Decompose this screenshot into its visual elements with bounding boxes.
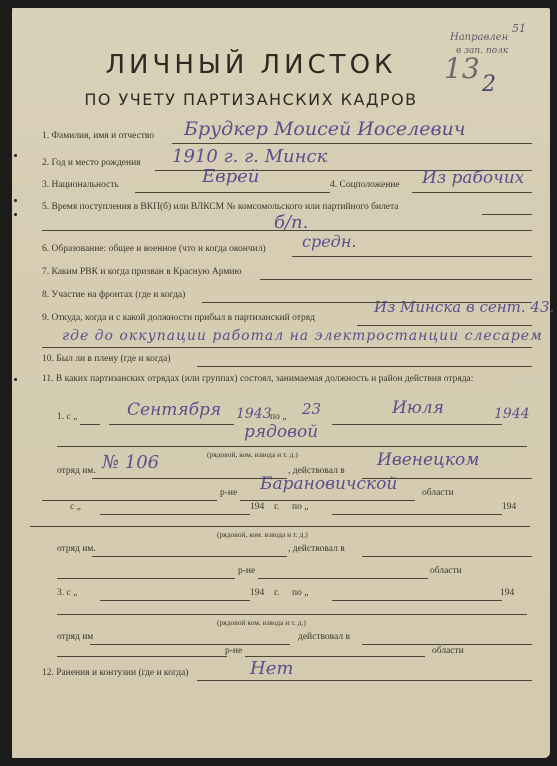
field-4-line bbox=[412, 192, 532, 193]
det1-position-hint: (рядовой, ком. взвода и т. д.) bbox=[207, 450, 298, 459]
det3-region-label: области bbox=[432, 646, 464, 656]
field-10-line bbox=[197, 366, 532, 367]
det1-year-to: 1944 bbox=[494, 406, 530, 422]
field-12-label: 12. Ранения и контузии (где и когда) bbox=[42, 668, 188, 678]
personal-record-sheet: ЛИЧНЫЙ ЛИСТОК ПО УЧЕТУ ПАРТИЗАНСКИХ КАДР… bbox=[12, 8, 550, 758]
det1-district-line bbox=[42, 500, 217, 501]
det3-prefix: 3. с „ bbox=[57, 588, 77, 598]
field-9-line-a bbox=[357, 325, 532, 326]
det2-region-label: области bbox=[430, 566, 462, 576]
det2-po: по „ bbox=[292, 502, 308, 512]
det1-month-from: Сентября bbox=[127, 400, 221, 420]
det1-position-line bbox=[57, 446, 527, 447]
det3-from-line bbox=[100, 600, 250, 601]
det3-acted-line bbox=[362, 644, 532, 645]
det2-acted-label: , действовал в bbox=[288, 544, 345, 554]
field-4-value: Из рабочих bbox=[422, 168, 524, 188]
field-6-value: средн. bbox=[302, 232, 356, 251]
field-3-line bbox=[135, 192, 330, 193]
det1-detachment: № 106 bbox=[102, 452, 159, 473]
field-7-line bbox=[260, 279, 532, 280]
field-9-value-2: где до оккупации работал на электростанц… bbox=[62, 328, 543, 344]
det3-year-to: 194 bbox=[500, 588, 514, 598]
det1-day-to: 23 bbox=[302, 400, 321, 418]
field-7-label: 7. Каким РВК и когда призван в Красную А… bbox=[42, 267, 242, 277]
det3-district-label: р-не bbox=[225, 646, 242, 656]
field-1-label: 1. Фамилия, имя и отчество bbox=[42, 131, 154, 141]
field-6-label: 6. Образование: общее и военное (что и к… bbox=[42, 244, 266, 254]
field-9-label: 9. Откуда, когда и с какой должности при… bbox=[42, 313, 315, 323]
det2-from-line bbox=[100, 514, 250, 515]
det3-acted-label: действовал в bbox=[298, 632, 350, 642]
det1-prefix: 1. с „ bbox=[57, 412, 77, 422]
det2-position-line bbox=[30, 526, 530, 527]
det1-region: Барановичской bbox=[260, 474, 397, 494]
field-2-label: 2. Год и место рождения bbox=[42, 158, 141, 168]
field-9-value-1: Из Минска в сент. 43. bbox=[374, 298, 554, 316]
det1-position: рядовой bbox=[244, 422, 318, 442]
det2-year-to: 194 bbox=[502, 502, 516, 512]
field-9-line-b bbox=[42, 347, 532, 348]
field-5-value: б/п. bbox=[274, 212, 308, 233]
corner-number-top: 51 bbox=[512, 22, 526, 35]
det1-day-from-line bbox=[80, 424, 100, 425]
det3-po: по „ bbox=[292, 588, 308, 598]
det1-detachment-label: отряд им. bbox=[57, 466, 96, 476]
field-1-value: Брудкер Моисей Иоселевич bbox=[184, 118, 466, 140]
det3-position-line bbox=[57, 614, 527, 615]
det2-district-label: р-не bbox=[238, 566, 255, 576]
det3-year-from: 194 bbox=[250, 588, 264, 598]
corner-note-directed: Направлен bbox=[450, 32, 508, 43]
det1-acted-in: Ивенецком bbox=[377, 450, 479, 470]
det2-district-line bbox=[57, 578, 235, 579]
det3-to-line bbox=[332, 600, 502, 601]
det2-year-from: 194 bbox=[250, 502, 264, 512]
det2-region-line bbox=[258, 578, 428, 579]
document-subtitle: ПО УЧЕТУ ПАРТИЗАНСКИХ КАДРОВ bbox=[0, 90, 520, 109]
document-title: ЛИЧНЫЙ ЛИСТОК bbox=[0, 50, 520, 80]
field-3-value: Еврей bbox=[202, 166, 259, 187]
det2-detachment-label: отряд им. bbox=[57, 544, 96, 554]
det3-g: г. bbox=[274, 588, 279, 598]
field-11-label: 11. В каких партизанских отрядах (или гр… bbox=[42, 374, 473, 384]
det2-g: г. bbox=[274, 502, 279, 512]
det3-region-line bbox=[245, 656, 425, 657]
field-6-line bbox=[292, 256, 532, 257]
det2-acted-line bbox=[362, 556, 532, 557]
margin-dot bbox=[14, 213, 17, 216]
field-3-label: 3. Национальность bbox=[42, 180, 119, 190]
det1-detachment-line bbox=[92, 478, 287, 479]
det2-detachment-line bbox=[92, 556, 287, 557]
field-8-label: 8. Участие на фронтах (где и когда) bbox=[42, 290, 185, 300]
det2-position-hint: (рядовой, ком. взвода и т. д.) bbox=[217, 530, 308, 539]
margin-dot bbox=[14, 154, 17, 157]
field-5-label: 5. Время поступления в ВКП(б) или ВЛКСМ … bbox=[42, 202, 399, 212]
det1-year-from: 1943 bbox=[236, 406, 272, 422]
field-12-value: Нет bbox=[250, 658, 293, 679]
det3-detachment-line bbox=[90, 644, 290, 645]
field-12-line bbox=[197, 680, 532, 681]
det1-po: по „ bbox=[270, 412, 286, 422]
det1-month-from-line bbox=[109, 424, 234, 425]
det3-detachment-label: отряд им bbox=[57, 632, 93, 642]
det2-prefix: с „ bbox=[70, 502, 81, 512]
field-5-line-a bbox=[482, 214, 532, 215]
det1-month-to: Июля bbox=[392, 398, 444, 418]
field-2-value: 1910 г. г. Минск bbox=[172, 146, 327, 167]
field-10-label: 10. Был ли в плену (где и когда) bbox=[42, 354, 171, 364]
det3-position-hint: (рядовой ком. взвода и т. д.) bbox=[217, 618, 306, 627]
corner-number-2: 2 bbox=[482, 72, 496, 97]
det2-to-line bbox=[332, 514, 502, 515]
margin-dot bbox=[14, 199, 17, 202]
det3-district-line bbox=[57, 656, 227, 657]
det1-region-label: области bbox=[422, 488, 454, 498]
det1-month-to-line bbox=[332, 424, 502, 425]
det1-district-label: р-не bbox=[220, 488, 237, 498]
det1-region-line bbox=[240, 500, 415, 501]
field-4-label: 4. Соцположение bbox=[330, 180, 400, 190]
field-1-line bbox=[172, 143, 532, 144]
corner-number-big: 13 bbox=[444, 52, 480, 85]
margin-dot bbox=[14, 378, 17, 381]
